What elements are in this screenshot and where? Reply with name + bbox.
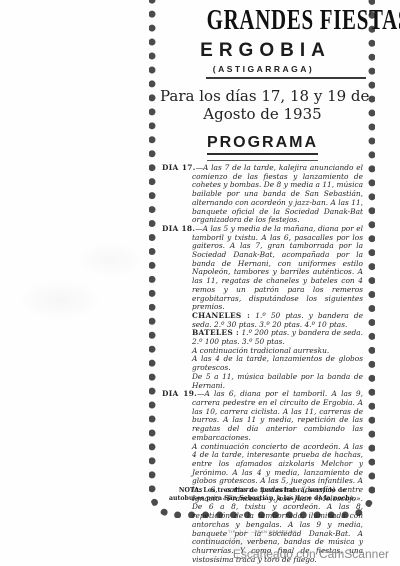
entry-text: A continuación tradicional aurresku. bbox=[192, 346, 329, 355]
town-subname: (ASTIGARRAGA) bbox=[160, 64, 365, 74]
scanned-poster-page: GRANDES FIESTAS EN ERGOBIA (ASTIGARRAGA)… bbox=[0, 0, 400, 566]
program-entry-bateles-prizes: BATELES : 1.º 200 ptas. y bandera de sed… bbox=[162, 329, 363, 346]
camscanner-watermark: Escaneado con CamScanner bbox=[233, 547, 389, 561]
entry-label: DIA 18. bbox=[162, 224, 195, 233]
entry-text: —A las 7 de la tarde, kalejira anunciand… bbox=[192, 163, 363, 224]
entry-text: A las 4 de la tarde, lanzamientos de glo… bbox=[192, 354, 363, 372]
nota-footnote: NOTA: Los tres días de fiestas habrá, se… bbox=[162, 487, 363, 503]
program-entry-dia-18: DIA 18.—A las 5 y media de la mañana, di… bbox=[162, 225, 363, 312]
entry-text: De 5 a 11, música bailable por la banda … bbox=[192, 372, 363, 390]
program-heading-block: PROGRAMA bbox=[207, 132, 318, 161]
poster-header: GRANDES FIESTAS EN ERGOBIA (ASTIGARRAGA)… bbox=[160, 0, 365, 161]
poster-title: GRANDES FIESTAS EN bbox=[207, 7, 400, 34]
program-entry-globos: A las 4 de la tarde, lanzamientos de glo… bbox=[162, 355, 363, 372]
printer-imprint: TIP. J. L. — SAN SEBASTIÁN bbox=[150, 529, 375, 534]
entry-label: DIA 19. bbox=[162, 389, 197, 398]
program-entry-dia-19: DIA 19.—A las 6, diana por el tamboril. … bbox=[162, 390, 363, 442]
program-heading-underline bbox=[207, 153, 318, 161]
entry-label: CHANELES : bbox=[192, 311, 250, 320]
dates-line-2: Agosto de 1935 bbox=[160, 105, 365, 123]
nota-label: NOTA: bbox=[179, 487, 201, 494]
program-body: DIA 17.—A las 7 de la tarde, kalejira an… bbox=[162, 164, 363, 564]
dates-line-1: Para los días 17, 18 y 19 de bbox=[160, 87, 365, 105]
program-entry-musica: De 5 a 11, música bailable por la banda … bbox=[162, 373, 363, 390]
entry-text: —A las 6, diana por el tamboril. A las 9… bbox=[192, 389, 363, 442]
town-name: ERGOBIA bbox=[160, 40, 365, 62]
entry-label: BATELES : bbox=[192, 328, 239, 337]
program-entry-chaneles-prizes: CHANELES : 1.º 50 ptas. y bandera de sed… bbox=[162, 312, 363, 329]
program-heading: PROGRAMA bbox=[207, 134, 318, 151]
entry-label: DIA 17. bbox=[162, 163, 196, 172]
program-entry-dia-17: DIA 17.—A las 7 de la tarde, kalejira an… bbox=[162, 164, 363, 225]
header-rule bbox=[206, 77, 366, 79]
entry-text: —A las 5 y media de la mañana, diana por… bbox=[192, 224, 363, 311]
